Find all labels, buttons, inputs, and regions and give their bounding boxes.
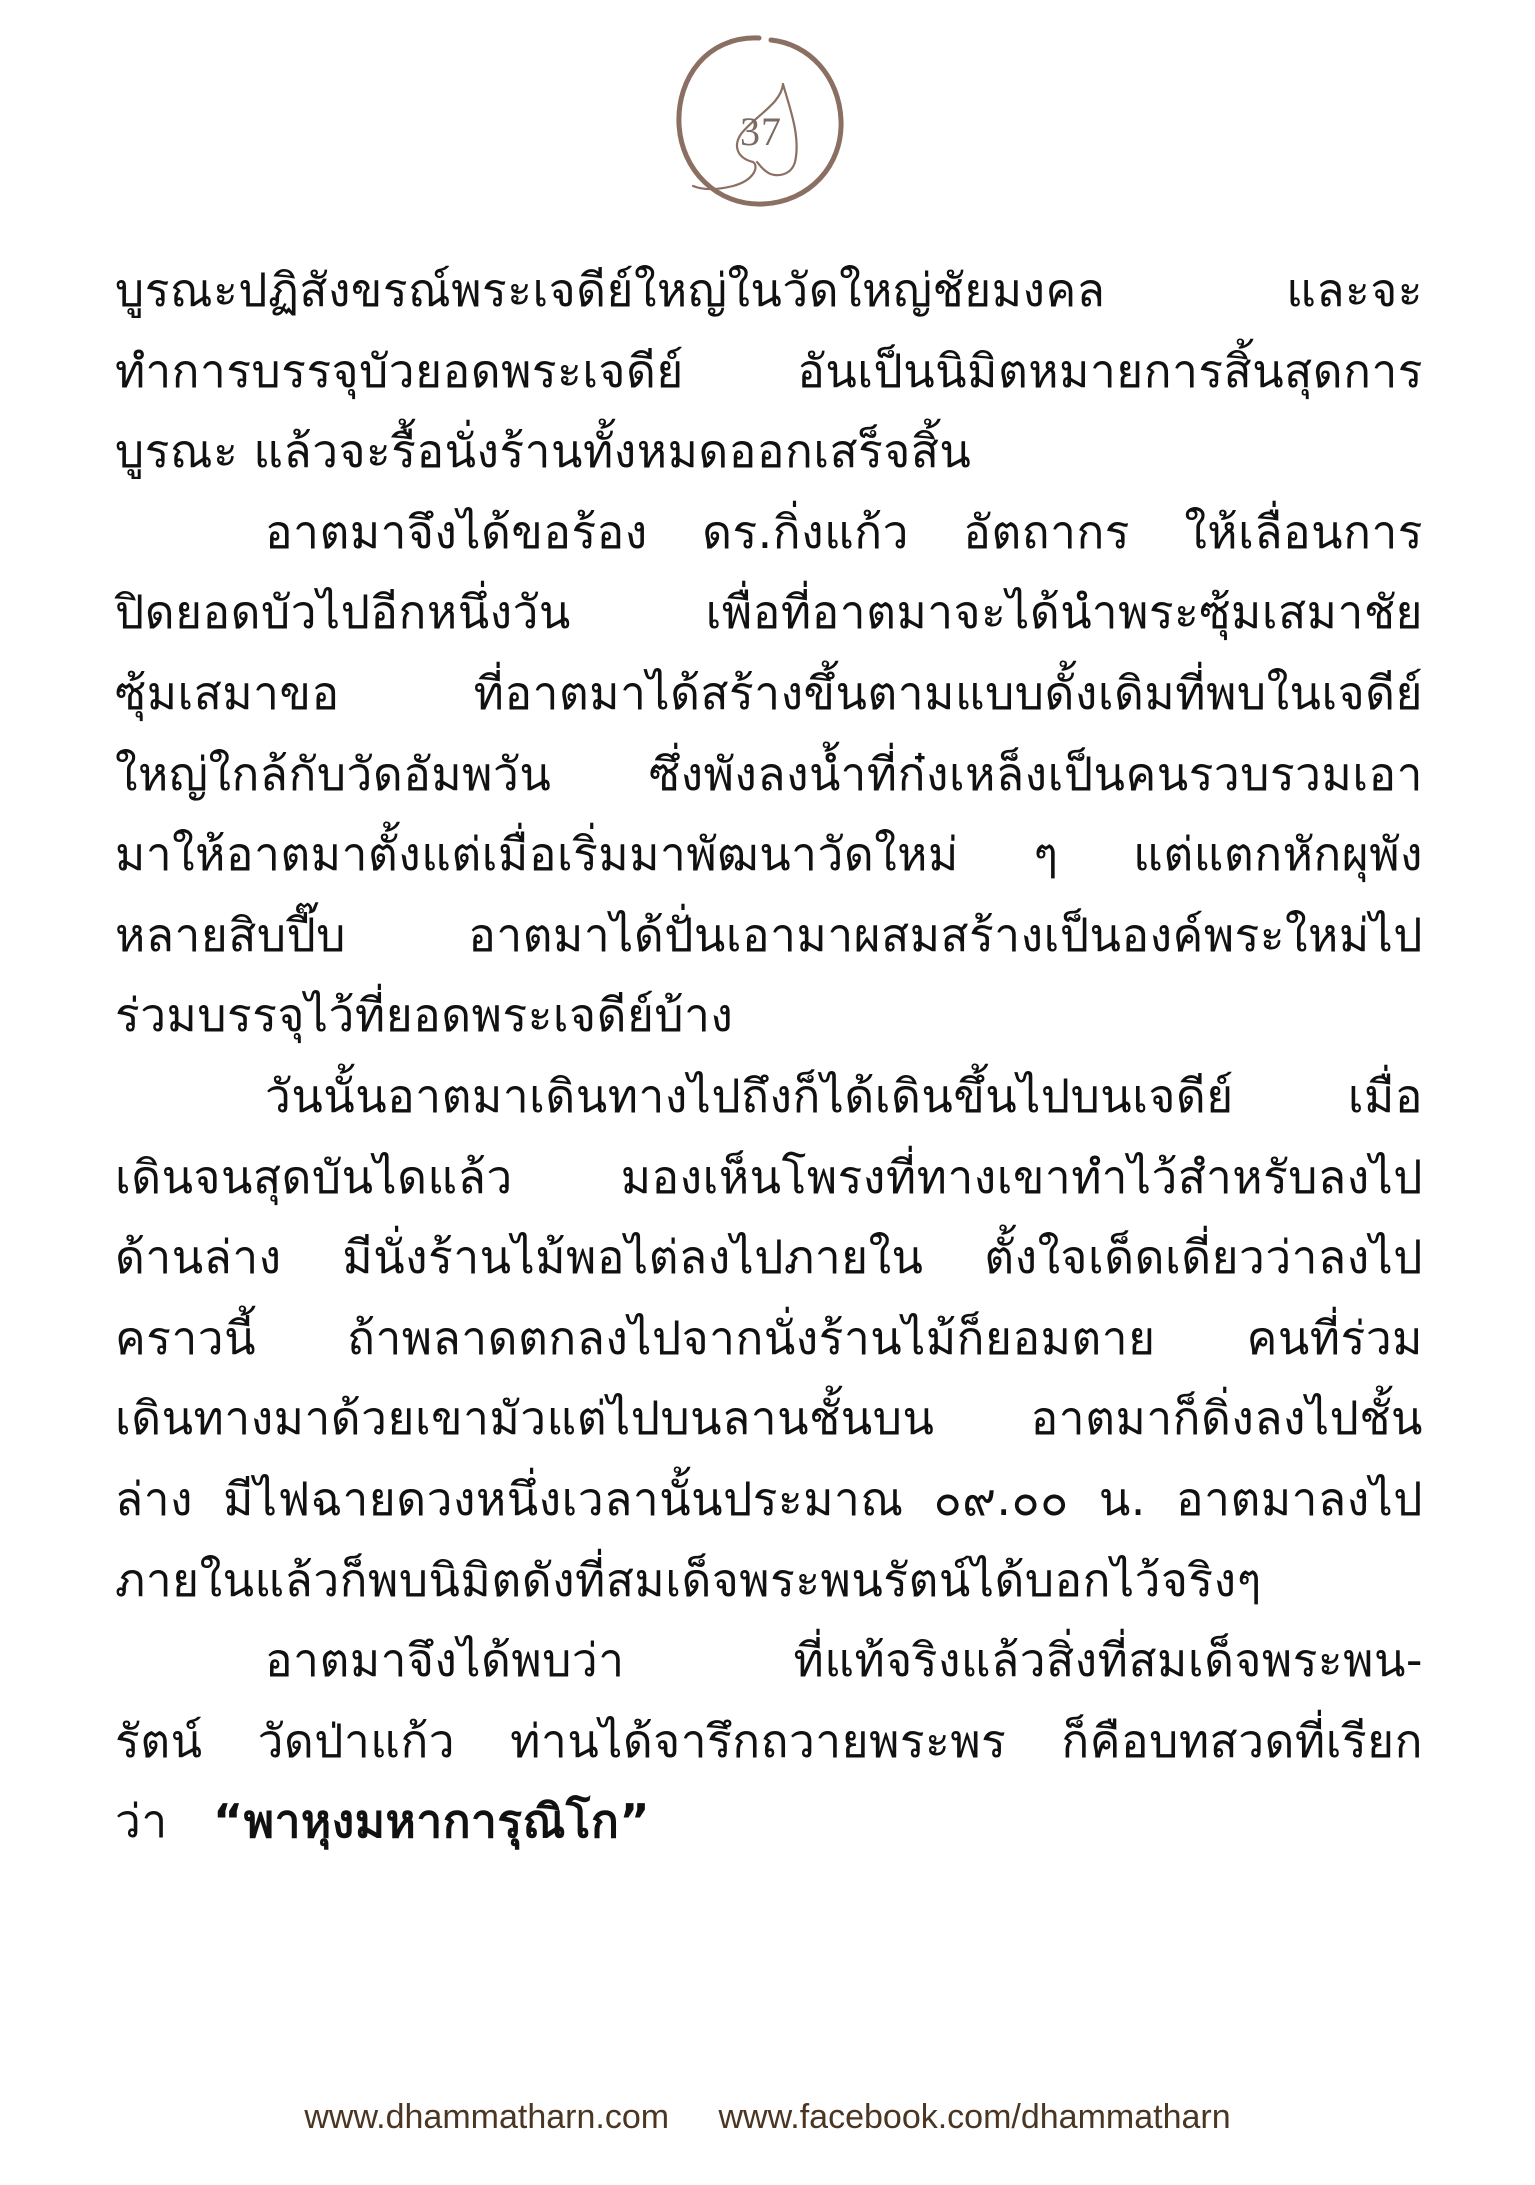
text-line-final: ว่า “พาหุงมหาการุณิโก” xyxy=(115,1781,1423,1862)
text-line: ร่วมบรรจุไว้ที่ยอดพระเจดีย์บ้าง xyxy=(115,975,1423,1056)
website-link[interactable]: www.dhammatharn.com xyxy=(304,2098,669,2136)
page-number: 37 xyxy=(663,108,855,155)
text-line: บูรณะ แล้วจะรื้อนั่งร้านทั้งหมดออกเสร็จส… xyxy=(115,411,1423,492)
text-line: เดินจนสุดบันไดแล้ว มองเห็นโพรงที่ทางเขาท… xyxy=(115,1137,1423,1218)
text-line: เดินทางมาด้วยเขามัวแต่ไปบนลานชั้นบน อาตม… xyxy=(115,1378,1423,1459)
text-line: ทำการบรรจุบัวยอดพระเจดีย์ อันเป็นนิมิตหม… xyxy=(115,331,1423,412)
text-line: ด้านล่าง มีนั่งร้านไม้พอไต่ลงไปภายใน ตั้… xyxy=(115,1217,1423,1298)
footer: www.dhammatharn.com www.facebook.com/dha… xyxy=(0,2098,1535,2137)
text-line: ภายในแล้วก็พบนิมิตดังที่สมเด็จพระพนรัตน์… xyxy=(115,1540,1423,1621)
page-number-badge: 37 xyxy=(663,26,855,218)
text-line: อาตมาจึงได้พบว่า ที่แท้จริงแล้วสิ่งที่สม… xyxy=(115,1620,1423,1701)
text-line: คราวนี้ ถ้าพลาดตกลงไปจากนั่งร้านไม้ก็ยอม… xyxy=(115,1298,1423,1379)
text-line: วันนั้นอาตมาเดินทางไปถึงก็ได้เดินขึ้นไปบ… xyxy=(115,1056,1423,1137)
text-line: ใหญ่ใกล้กับวัดอัมพวัน ซึ่งพังลงน้ำที่ก๋ง… xyxy=(115,734,1423,815)
text-line: อาตมาจึงได้ขอร้อง ดร.กิ่งแก้ว อัตถากร ให… xyxy=(115,492,1423,573)
text-line: ซุ้มเสมาขอ ที่อาตมาได้สร้างขึ้นตามแบบดั้… xyxy=(115,653,1423,734)
text-line: บูรณะปฏิสังขรณ์พระเจดีย์ใหญ่ในวัดใหญ่ชัย… xyxy=(115,250,1423,331)
facebook-link[interactable]: www.facebook.com/dhammatharn xyxy=(719,2098,1231,2136)
text-line: มาให้อาตมาตั้งแต่เมื่อเริ่มมาพัฒนาวัดใหม… xyxy=(115,814,1423,895)
text-line: หลายสิบปี๊บ อาตมาได้ปั่นเอามาผสมสร้างเป็… xyxy=(115,895,1423,976)
chant-title-quote: “พาหุงมหาการุณิโก” xyxy=(213,1794,650,1848)
final-line-prefix: ว่า xyxy=(115,1794,168,1848)
text-line: รัตน์ วัดป่าแก้ว ท่านได้จารึกถวายพระพร ก… xyxy=(115,1701,1423,1782)
text-line: ปิดยอดบัวไปอีกหนึ่งวัน เพื่อที่อาตมาจะได… xyxy=(115,572,1423,653)
body-text: บูรณะปฏิสังขรณ์พระเจดีย์ใหญ่ในวัดใหญ่ชัย… xyxy=(115,250,1423,1862)
text-line: ล่าง มีไฟฉายดวงหนึ่งเวลานั้นประมาณ ๐๙.๐๐… xyxy=(115,1459,1423,1540)
